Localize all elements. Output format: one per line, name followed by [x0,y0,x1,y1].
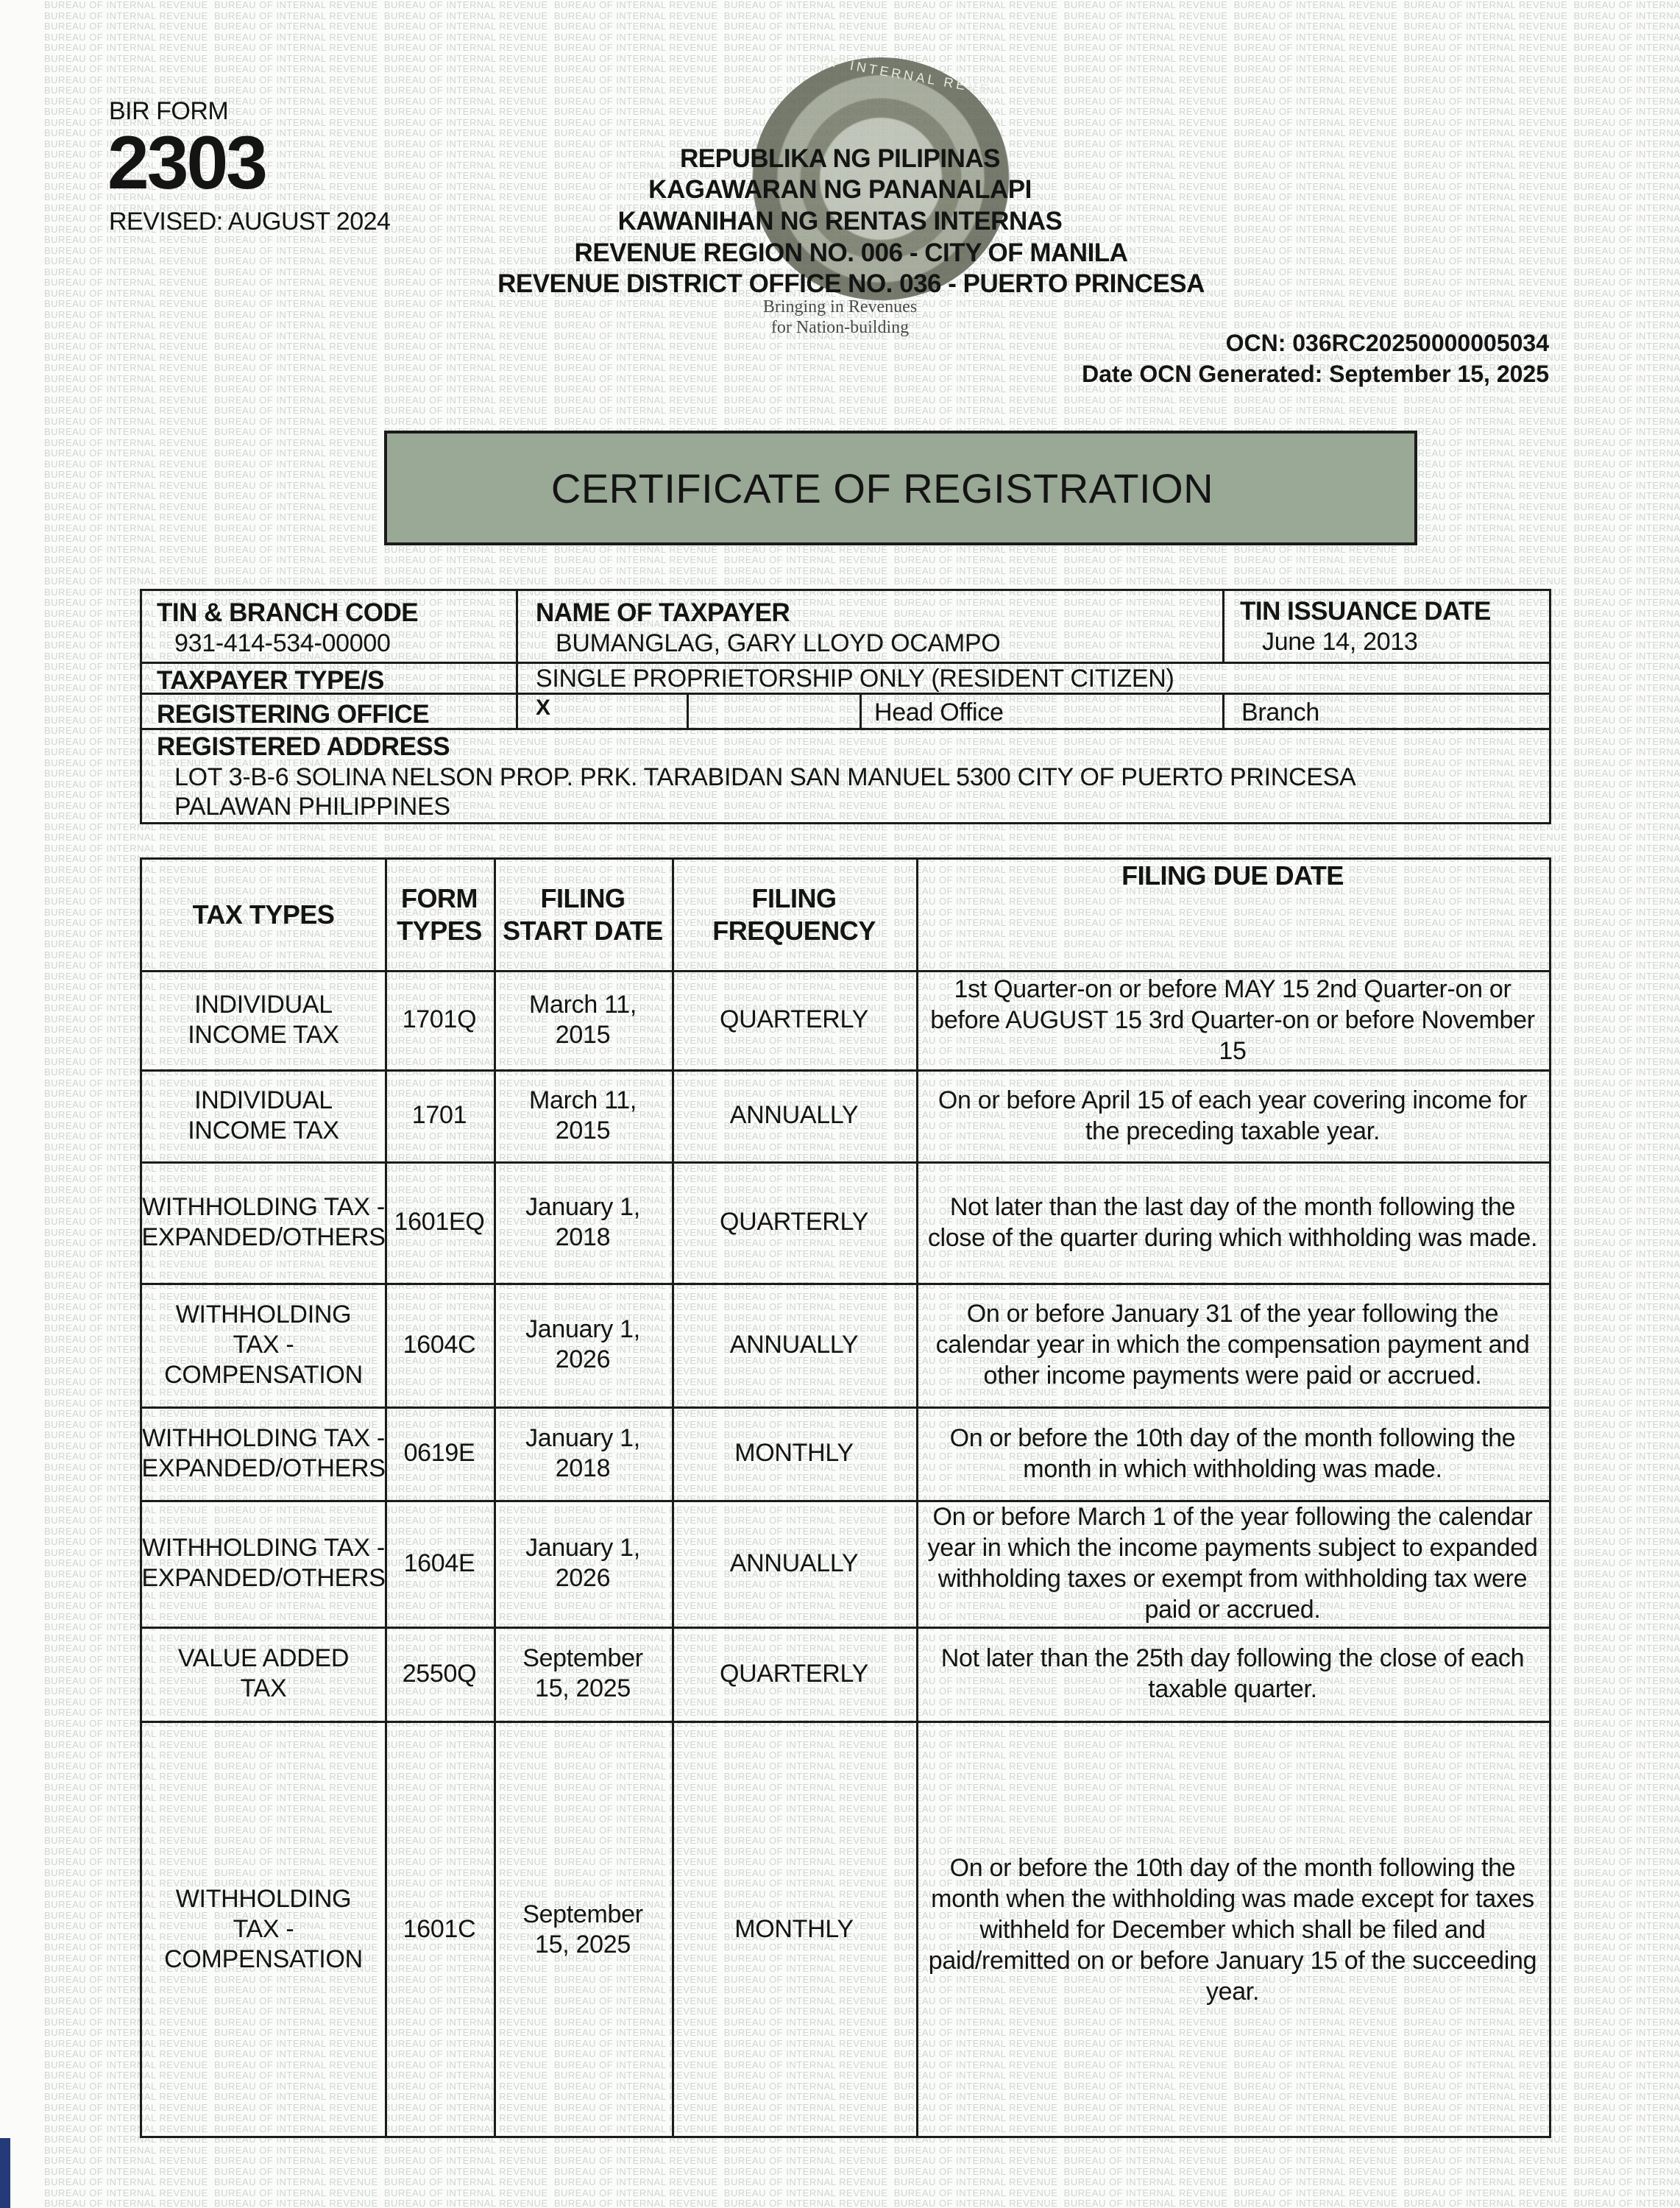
filing-frequency-cell: QUARTERLY [672,1627,916,1721]
header-line-5: REVENUE DISTRICT OFFICE NO. 036 - PUERTO… [0,269,1680,299]
header-line-1: REPUBLIKA NG PILIPINAS [0,144,1680,174]
form-type-cell: 1701 [385,1069,494,1161]
certificate-title-banner: CERTIFICATE OF REGISTRATION [384,431,1417,545]
registered-address-label: REGISTERED ADDRESS [157,732,450,762]
filing-start-date-cell: January 1, 2018 [494,1406,672,1500]
tax-type-cell: WITHHOLDING TAX - EXPANDED/OTHERS [142,1161,385,1283]
tax-type-cell: WITHHOLDING TAX - COMPENSATION [142,1721,385,2138]
header-line-2: KAGAWARAN NG PANANALAPI [0,175,1680,205]
head-office-option: Head Office [874,698,1004,727]
filing-frequency-cell: QUARTERLY [672,1161,916,1283]
header-line-4: REVENUE REGION NO. 006 - CITY OF MANILA [0,238,1680,268]
filing-due-date-cell: On or before January 31 of the year foll… [916,1283,1549,1406]
tax-type-cell: WITHHOLDING TAX - EXPANDED/OTHERS [142,1500,385,1627]
filing-frequency-cell: QUARTERLY [672,970,916,1069]
tin-label: TIN & BRANCH CODE [157,598,418,628]
tin-issuance-value: June 14, 2013 [1262,628,1418,657]
form-type-cell: 0619E [385,1406,494,1500]
tax-type-cell: WITHHOLDING TAX - COMPENSATION [142,1283,385,1406]
registered-address-line-2: PALAWAN PHILIPPINES [174,793,450,821]
registering-office-label: REGISTERING OFFICE [157,700,429,729]
header-filing-due-date: FILING DUE DATE [916,860,1549,970]
header-filing-frequency: FILING FREQUENCY [672,860,916,970]
filing-start-date-cell: September 15, 2025 [494,1627,672,1721]
filing-due-date-cell: On or before March 1 of the year followi… [916,1500,1549,1627]
tax-type-cell: VALUE ADDED TAX [142,1627,385,1721]
filing-due-date-cell: 1st Quarter-on or before MAY 15 2nd Quar… [916,970,1549,1069]
taxpayer-info-grid: TIN & BRANCH CODE 931-414-534-00000 NAME… [140,589,1551,824]
tagline-line-1: Bringing in Revenues [0,297,1680,317]
filing-frequency-cell: MONTHLY [672,1406,916,1500]
tax-types-table: TAX TYPES FORM TYPES FILING START DATE F… [140,857,1551,2138]
form-type-cell: 1601C [385,1721,494,2138]
filing-due-date-cell: Not later than the 25th day following th… [916,1627,1549,1721]
taxpayer-name-label: NAME OF TAXPAYER [536,598,790,628]
filing-start-date-cell: January 1, 2026 [494,1283,672,1406]
filing-start-date-cell: January 1, 2018 [494,1161,672,1283]
header-filing-start-date: FILING START DATE [494,860,672,970]
form-type-cell: 1604C [385,1283,494,1406]
filing-frequency-cell: ANNUALLY [672,1500,916,1627]
filing-due-date-cell: Not later than the last day of the month… [916,1161,1549,1283]
ocn-number: OCN: 036RC20250000005034 [1226,330,1549,357]
filing-due-date-cell: On or before April 15 of each year cover… [916,1069,1549,1161]
certificate-title: CERTIFICATE OF REGISTRATION [551,464,1213,512]
form-type-cell: 1701Q [385,970,494,1069]
branch-option: Branch [1241,698,1319,727]
ocn-date: Date OCN Generated: September 15, 2025 [1082,361,1549,388]
scan-edge [0,2138,10,2208]
taxpayer-name-value: BUMANGLAG, GARY LLOYD OCAMPO [556,629,1000,658]
header-form-types: FORM TYPES [385,860,494,970]
form-type-cell: 2550Q [385,1627,494,1721]
registered-address-line-1: LOT 3-B-6 SOLINA NELSON PROP. PRK. TARAB… [174,763,1355,792]
header-tax-types: TAX TYPES [142,860,385,970]
filing-start-date-cell: March 11, 2015 [494,970,672,1069]
header-line-3: KAWANIHAN NG RENTAS INTERNAS [0,207,1680,236]
tin-issuance-label: TIN ISSUANCE DATE [1240,597,1491,626]
tin-value: 931-414-534-00000 [174,629,391,658]
tax-type-cell: INDIVIDUAL INCOME TAX [142,970,385,1069]
filing-frequency-cell: MONTHLY [672,1721,916,2138]
taxpayer-type-label: TAXPAYER TYPE/S [157,666,384,696]
taxpayer-type-value: SINGLE PROPRIETORSHIP ONLY (RESIDENT CIT… [536,665,1174,693]
form-type-cell: 1601EQ [385,1161,494,1283]
filing-due-date-cell: On or before the 10th day of the month f… [916,1406,1549,1500]
filing-start-date-cell: September 15, 2025 [494,1721,672,2138]
filing-start-date-cell: March 11, 2015 [494,1069,672,1161]
filing-due-date-cell: On or before the 10th day of the month f… [916,1721,1549,2138]
head-office-checkmark: X [536,696,550,721]
filing-frequency-cell: ANNUALLY [672,1069,916,1161]
tax-type-cell: WITHHOLDING TAX - EXPANDED/OTHERS [142,1406,385,1500]
filing-start-date-cell: January 1, 2026 [494,1500,672,1627]
form-type-cell: 1604E [385,1500,494,1627]
filing-frequency-cell: ANNUALLY [672,1283,916,1406]
tax-type-cell: INDIVIDUAL INCOME TAX [142,1069,385,1161]
